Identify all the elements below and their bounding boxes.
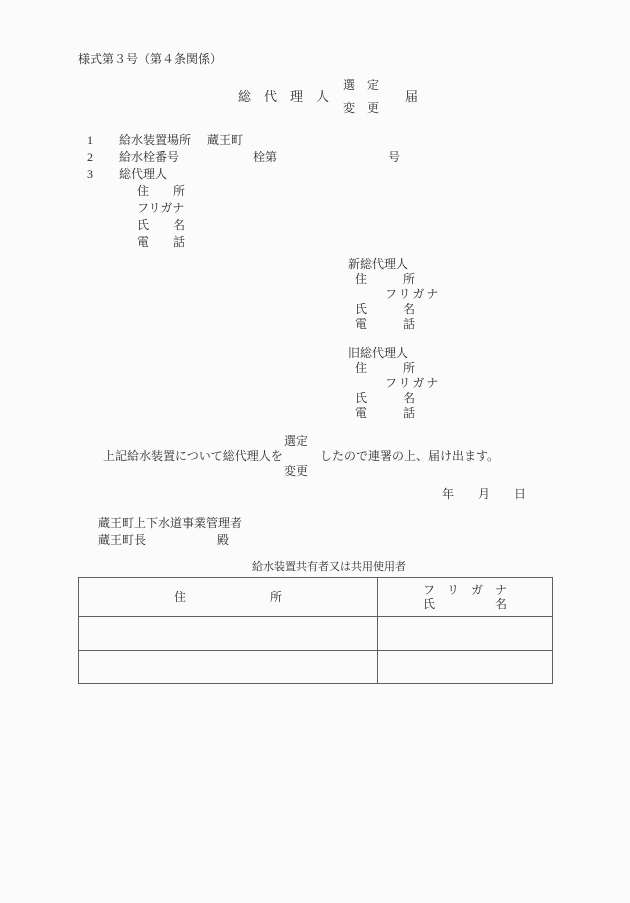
old-agent-address-label: 住 所	[355, 362, 415, 374]
title-option-change: 変 更	[343, 102, 379, 114]
item1-label: 給水装置場所	[119, 134, 191, 146]
table-cell-name	[378, 617, 552, 650]
date-line: 年 月 日	[442, 488, 526, 500]
table-cell-address	[79, 617, 378, 650]
addressee-name: 蔵王町長	[98, 534, 146, 546]
cosigner-table: 住 所 フ リ ガ ナ 氏 名	[78, 577, 553, 684]
cosigner-table-header-row: 住 所 フ リ ガ ナ 氏 名	[79, 578, 552, 617]
cosigner-table-title: 給水装置共有者又は共用使用者	[252, 562, 406, 573]
new-agent-furigana-label: フリガナ	[385, 288, 440, 300]
table-row	[79, 617, 552, 651]
item3-phone-label: 電 話	[137, 236, 185, 248]
item1-value: 蔵王町	[207, 134, 243, 146]
col-name-header: フ リ ガ ナ 氏 名	[378, 578, 552, 616]
item2-label: 給水栓番号	[119, 151, 179, 163]
new-agent-phone-label: 電 話	[355, 318, 415, 330]
statement-tail: したので連署の上、届け出ます。	[320, 450, 499, 462]
table-cell-name	[378, 651, 552, 683]
item2-number: 2	[87, 151, 93, 163]
old-agent-furigana-label: フリガナ	[385, 377, 440, 389]
item2-value-suffix: 号	[388, 151, 400, 163]
title-suffix: 届	[405, 90, 418, 103]
item3-name-label: 氏 名	[137, 219, 185, 231]
form-page: 様式第３号（第４条関係） 総 代 理 人 選 定 変 更 届 1 給水装置場所 …	[0, 0, 630, 903]
col-name-header-name: 氏 名	[423, 597, 507, 611]
col-address-header-label: 住 所	[174, 591, 282, 603]
item3-number: 3	[87, 168, 93, 180]
title-option-select: 選 定	[343, 79, 379, 91]
item3-address-label: 住 所	[137, 185, 185, 197]
addressee-honorific: 殿	[217, 534, 229, 546]
item1-number: 1	[87, 134, 93, 146]
item2-value-prefix: 栓第	[253, 151, 277, 163]
table-row	[79, 651, 552, 683]
old-agent-heading: 旧総代理人	[348, 347, 408, 359]
old-agent-phone-label: 電 話	[355, 407, 415, 419]
statement-option-select: 選定	[284, 435, 308, 447]
new-agent-heading: 新総代理人	[348, 258, 408, 270]
new-agent-name-label: 氏 名	[355, 303, 415, 315]
col-name-header-furigana: フ リ ガ ナ	[423, 583, 507, 597]
new-agent-address-label: 住 所	[355, 273, 415, 285]
table-cell-address	[79, 651, 378, 683]
statement-option-change: 変更	[284, 465, 308, 477]
document-title-main: 総 代 理 人	[238, 90, 329, 103]
col-address-header: 住 所	[79, 578, 378, 616]
form-number: 様式第３号（第４条関係）	[78, 53, 222, 65]
item3-label: 総代理人	[119, 168, 167, 180]
addressee-organization: 蔵王町上下水道事業管理者	[98, 517, 242, 529]
statement-lead: 上記給水装置について総代理人を	[103, 450, 283, 462]
item3-furigana-label: フリガナ	[137, 202, 184, 214]
old-agent-name-label: 氏 名	[355, 392, 415, 404]
